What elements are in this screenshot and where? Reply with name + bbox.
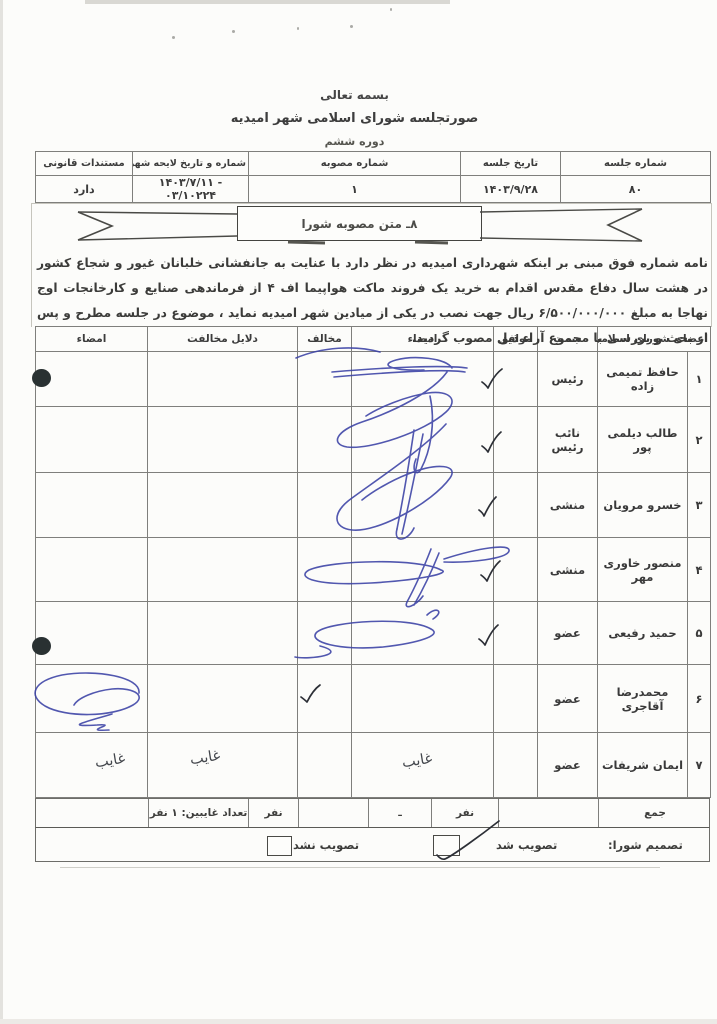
- scan-speck: [232, 30, 235, 33]
- agree-cell: [494, 602, 538, 665]
- row-number: ۳: [688, 473, 711, 538]
- member-name: حافظ تمیمی زاده: [598, 352, 688, 407]
- column-header-session-date: تاریخ جلسه: [461, 152, 561, 176]
- table-row: ۷ ایمان شریفات عضو: [36, 733, 711, 798]
- approved-label: تصویب شد: [496, 828, 557, 861]
- oppose-cell: [298, 665, 352, 733]
- signature-cell: [352, 473, 494, 538]
- scan-speck: [172, 36, 175, 39]
- member-position: عضو: [538, 665, 598, 733]
- scan-speck: [350, 25, 353, 28]
- members-voting-table: اعضای شورای اسلامی سمت موافق امضاء مخالف…: [35, 326, 711, 798]
- signature-dash-cell: ـ: [368, 799, 431, 827]
- table-row: ۳ خسرو مرویان منشی: [36, 473, 711, 538]
- oppose-cell: [298, 602, 352, 665]
- bill-no-date-value: ۱۴۰۳/۷/۱۱ - ۰۳/۱۰۲۲۴: [133, 176, 249, 203]
- table-row: ۶ محمدرضا آقاجری عضو: [36, 665, 711, 733]
- totals-label-cell: جمع: [598, 799, 711, 827]
- agree-count-cell: نفر: [431, 799, 498, 827]
- document-title: صورتجلسه شورای اسلامی شهر امیدیه: [0, 111, 709, 126]
- totals-empty-cell: [498, 799, 598, 827]
- session-no-value: ۸۰: [561, 176, 711, 203]
- oppose-cell: [298, 733, 352, 798]
- session-info-table: شماره جلسه تاریخ جلسه شماره مصوبه شماره …: [35, 151, 711, 203]
- row-number: ۱: [688, 352, 711, 407]
- scan-speck: [297, 27, 299, 30]
- agree-cell: [494, 665, 538, 733]
- member-position: عضو: [538, 733, 598, 798]
- row-number: ۲: [688, 407, 711, 473]
- row-number: ۵: [688, 602, 711, 665]
- signature2-cell: [36, 538, 148, 602]
- member-name: محمدرضا آقاجری: [598, 665, 688, 733]
- signature2-cell: [36, 733, 148, 798]
- oppose-reason-cell: [148, 407, 298, 473]
- signature2-cell: [36, 352, 148, 407]
- banner-label: ۸ـ متن مصوبه شورا: [302, 217, 418, 231]
- member-position: عضو: [538, 602, 598, 665]
- scan-edge-bottom: [0, 1019, 717, 1024]
- oppose-reason-cell: [148, 602, 298, 665]
- oppose-count-cell: نفر: [248, 799, 298, 827]
- agree-cell: [494, 352, 538, 407]
- table-row: ۲ طالب دیلمی پور نائب رئیس: [36, 407, 711, 473]
- totals-empty-cell: [36, 799, 148, 827]
- resolution-paragraph: نامه شماره فوق مبنی بر اینکه شهرداری امی…: [37, 251, 708, 351]
- signature-cell: [352, 538, 494, 602]
- scan-smear-line: [60, 867, 660, 868]
- oppose-reason-cell: [148, 473, 298, 538]
- member-name: حمید رفیعی: [598, 602, 688, 665]
- resolution-no-value: ۱: [249, 176, 461, 203]
- term-label: دوره ششم: [0, 135, 709, 148]
- agree-cell: [494, 733, 538, 798]
- oppose-reason-cell: [148, 665, 298, 733]
- row-number: ۶: [688, 665, 711, 733]
- column-header-bill-no-date: شماره و تاریخ لایحه شهرداری: [133, 152, 249, 176]
- row-number: ۷: [688, 733, 711, 798]
- session-date-value: ۱۴۰۳/۹/۲۸: [461, 176, 561, 203]
- decision-label: تصمیم شورا:: [608, 828, 683, 861]
- table-row: ۵ حمید رفیعی عضو: [36, 602, 711, 665]
- not-approved-label: تصویب نشد: [293, 828, 359, 861]
- table-row: ۱ حافظ تمیمی زاده رئیس: [36, 352, 711, 407]
- scan-edge-left: [0, 0, 3, 1024]
- oppose-reason-cell: [148, 733, 298, 798]
- bismillah-line: بسمه تعالی: [0, 88, 709, 102]
- oppose-reason-cell: [148, 538, 298, 602]
- row-number: ۴: [688, 538, 711, 602]
- absentees-count-cell: تعداد غایبین: ۱ نفر: [148, 799, 248, 827]
- oppose-reason-cell: [148, 352, 298, 407]
- signature2-cell: [36, 473, 148, 538]
- punch-hole-bottom: [32, 637, 51, 655]
- scan-edge-top: [85, 0, 450, 4]
- punch-hole-top: [32, 369, 51, 387]
- resolution-banner: ۸ـ متن مصوبه شورا: [237, 206, 482, 241]
- signature-cell: [352, 352, 494, 407]
- signature-cell: [352, 407, 494, 473]
- scan-speck: [390, 8, 392, 11]
- member-position: نائب رئیس: [538, 407, 598, 473]
- scanned-document-page: بسمه تعالی صورتجلسه شورای اسلامی شهر امی…: [0, 0, 717, 1024]
- totals-row: جمع نفر ـ نفر تعداد غایبین: ۱ نفر: [35, 798, 710, 828]
- signature-cell: [352, 665, 494, 733]
- oppose-cell: [298, 538, 352, 602]
- decision-row: تصمیم شورا: تصویب شد تصویب نشد: [35, 827, 710, 862]
- signature2-cell: [36, 602, 148, 665]
- member-position: رئیس: [538, 352, 598, 407]
- signature2-cell: [36, 407, 148, 473]
- totals-empty-cell: [298, 799, 368, 827]
- member-name: منصور خاوری مهر: [598, 538, 688, 602]
- approved-checkbox: [433, 835, 460, 856]
- table-row: ۴ منصور خاوری مهر منشی: [36, 538, 711, 602]
- member-position: منشی: [538, 473, 598, 538]
- column-header-resolution-no: شماره مصوبه: [249, 152, 461, 176]
- agree-cell: [494, 538, 538, 602]
- agree-cell: [494, 407, 538, 473]
- column-header-session-no: شماره جلسه: [561, 152, 711, 176]
- member-name: طالب دیلمی پور: [598, 407, 688, 473]
- legal-docs-value: دارد: [36, 176, 133, 203]
- not-approved-checkbox: [267, 836, 292, 856]
- oppose-cell: [298, 473, 352, 538]
- member-name: ایمان شریفات: [598, 733, 688, 798]
- member-position: منشی: [538, 538, 598, 602]
- oppose-cell: [298, 407, 352, 473]
- signature-cell: [352, 602, 494, 665]
- member-name: خسرو مرویان: [598, 473, 688, 538]
- signature2-cell: [36, 665, 148, 733]
- oppose-cell: [298, 352, 352, 407]
- agree-cell: [494, 473, 538, 538]
- column-header-legal-docs: مستندات قانونی: [36, 152, 133, 176]
